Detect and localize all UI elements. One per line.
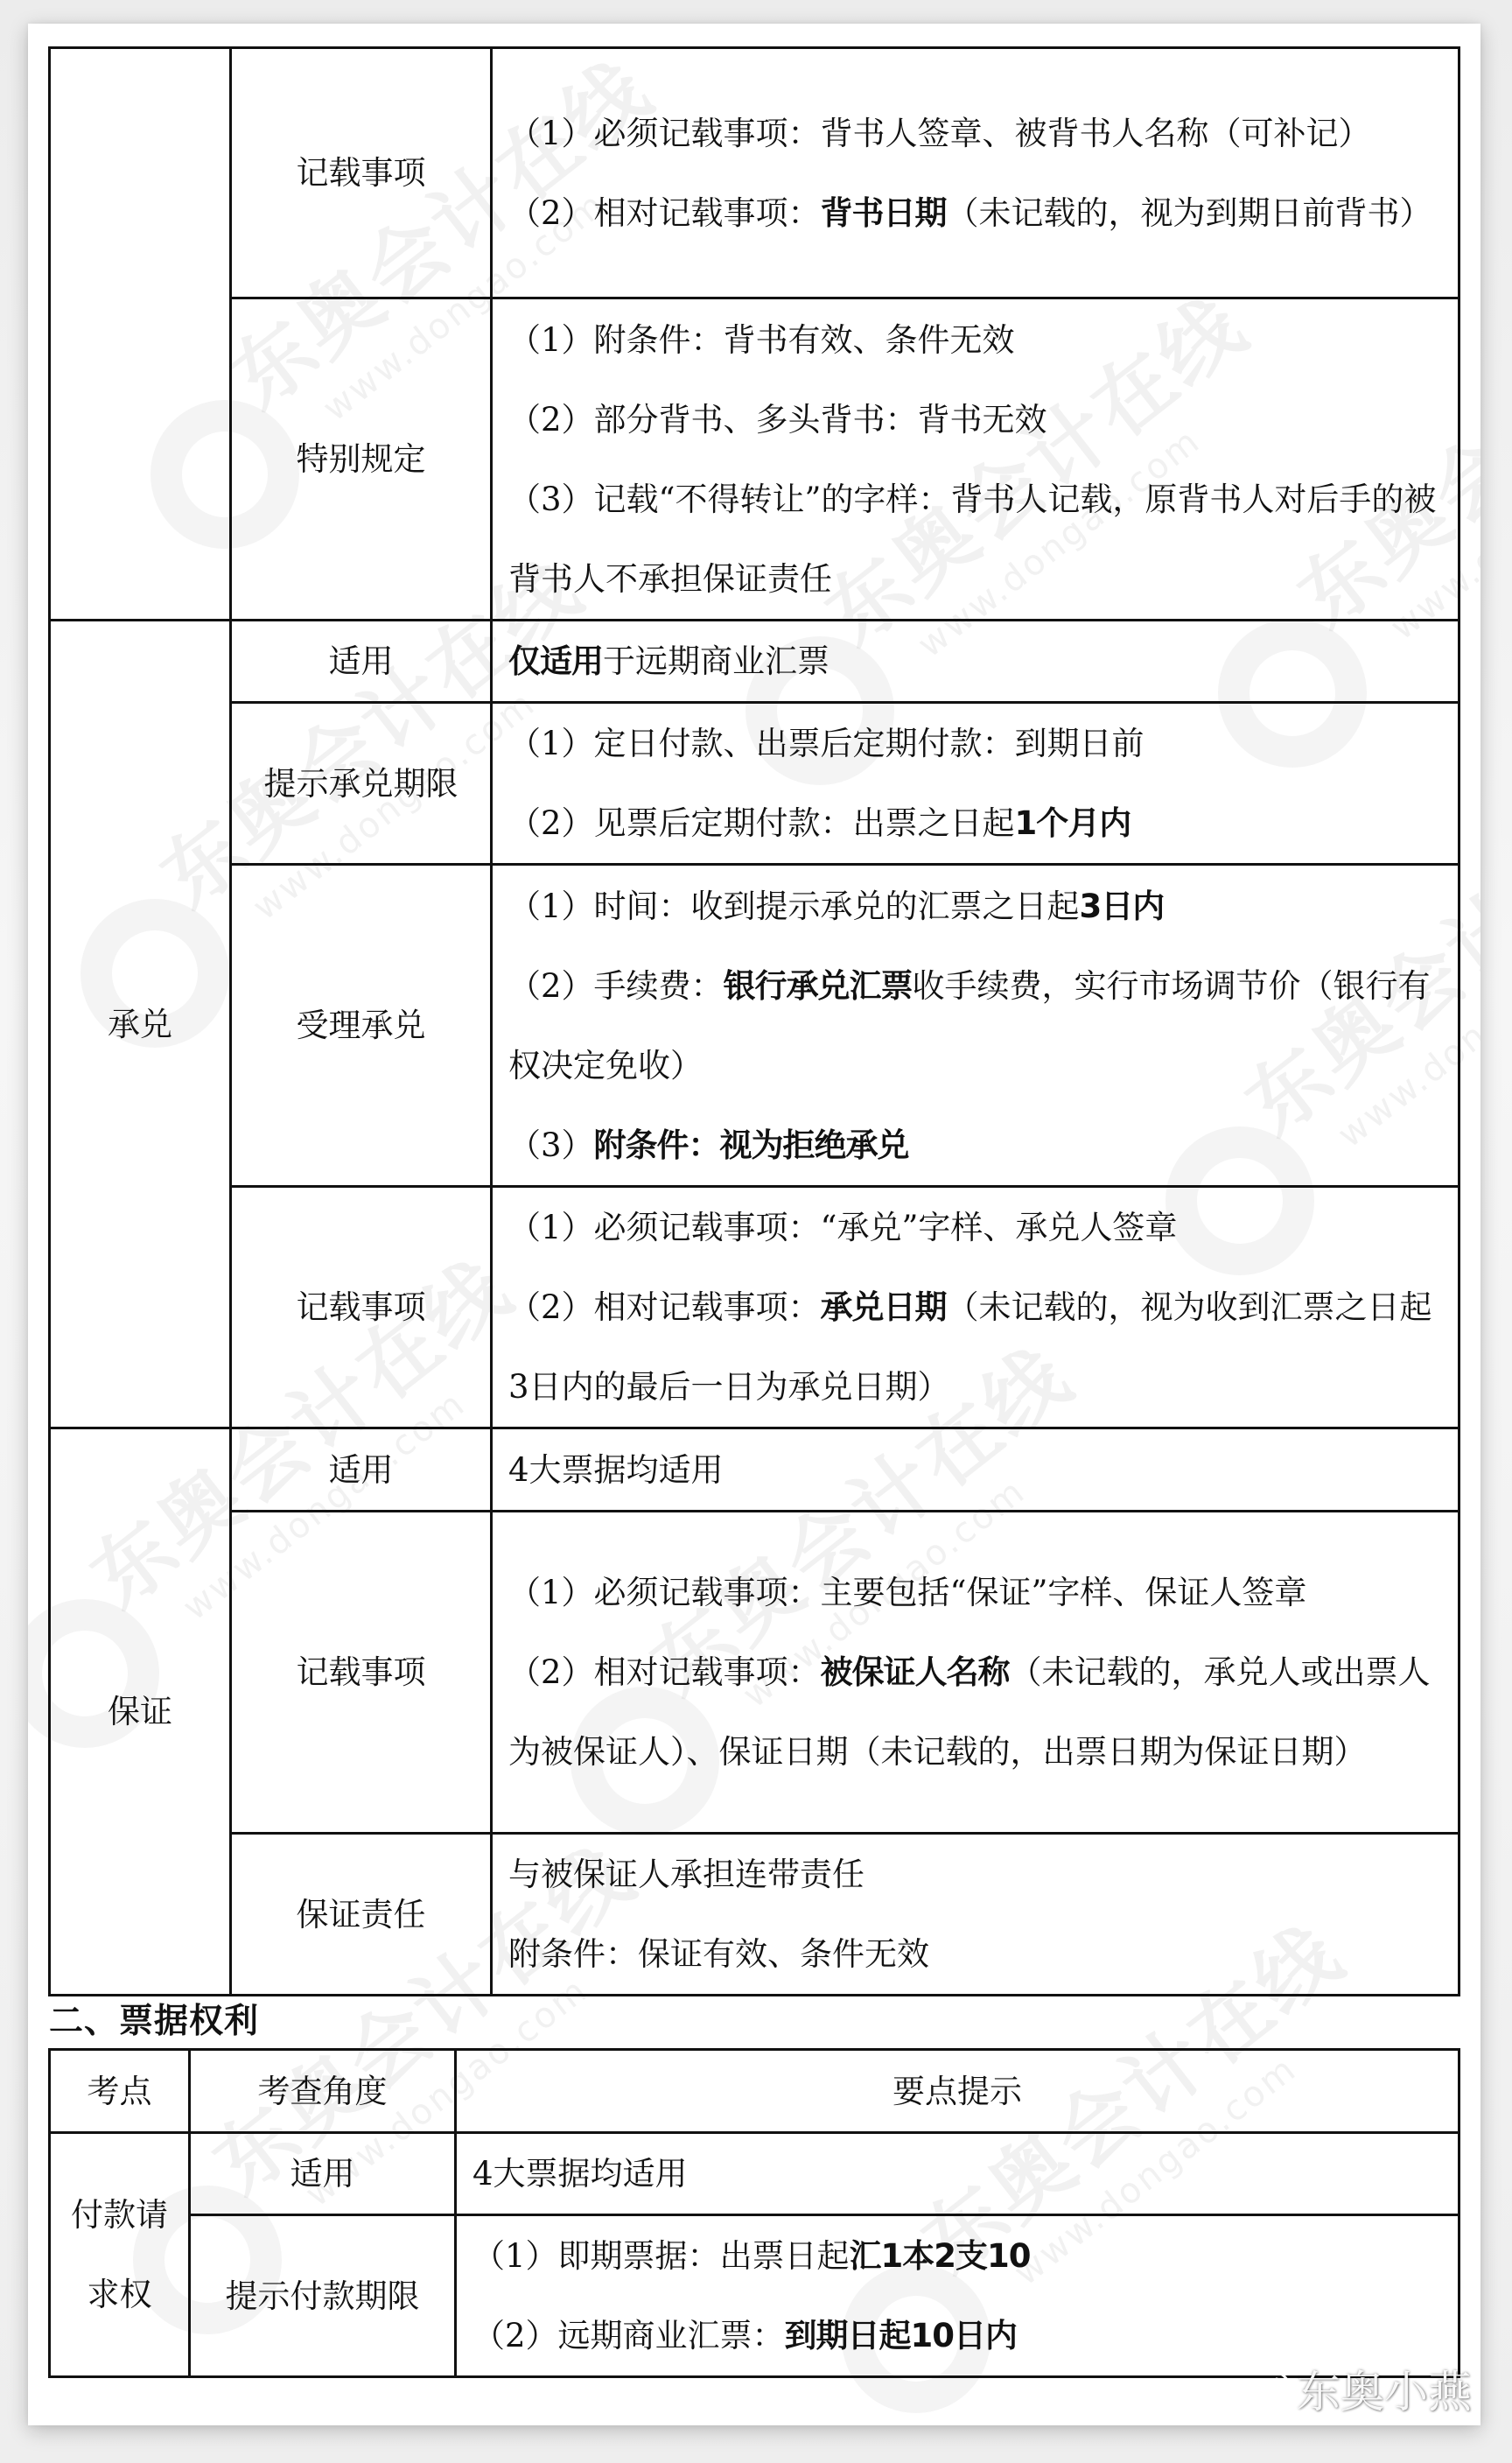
aspect-cell: 保证责任: [231, 1834, 492, 1996]
text-run: 4大票据均适用: [508, 1451, 724, 1489]
text-run: （1）即期票据：出票日起: [472, 2237, 850, 2275]
content-line: （1）时间：收到提示承兑的汇票之日起3日内: [508, 867, 1447, 946]
table-row: 承兑 适用 仅适用于远期商业汇票: [50, 621, 1459, 703]
header-key-points: 要点提示: [456, 2050, 1459, 2133]
text-run: 4大票据均适用: [472, 2155, 688, 2193]
table-row: 提示付款期限 （1）即期票据：出票日起汇1本2支10（2）远期商业汇票：到期日起…: [50, 2215, 1459, 2377]
text-run: （2）远期商业汇票：: [472, 2317, 785, 2354]
aspect-cell: 受理承兑: [231, 865, 492, 1187]
emphasis-text: 到期日起10日内: [785, 2317, 1018, 2354]
content-cell: （1）必须记载事项：背书人签章、被背书人名称（可补记）（2）相对记载事项：背书日…: [492, 48, 1459, 298]
content-line: 4大票据均适用: [472, 2134, 1447, 2214]
table-row: 记载事项 （1）必须记载事项：背书人签章、被背书人名称（可补记）（2）相对记载事…: [50, 48, 1459, 298]
text-run: （1）必须记载事项：背书人签章、被背书人名称（可补记）: [508, 115, 1371, 152]
table-row: 提示承兑期限 （1）定日付款、出票后定期付款：到期日前（2）见票后定期付款：出票…: [50, 703, 1459, 865]
aspect-cell: 记载事项: [231, 1512, 492, 1834]
content-line: 仅适用于远期商业汇票: [508, 621, 1447, 701]
content-cell: （1）附条件：背书有效、条件无效（2）部分背书、多头背书：背书无效（3）记载“不…: [492, 298, 1459, 621]
content-line: （1）必须记载事项：“承兑”字样、承兑人签章: [508, 1188, 1447, 1267]
content-cell: 4大票据均适用: [456, 2133, 1459, 2215]
content-line: （1）附条件：背书有效、条件无效: [508, 300, 1447, 380]
emphasis-text: 仅适用: [508, 642, 603, 680]
aspect-cell: 提示承兑期限: [231, 703, 492, 865]
text-run: 于远期商业汇票: [603, 642, 829, 680]
content-line: （1）定日付款、出票后定期付款：到期日前: [508, 704, 1447, 783]
aspect-cell: 适用: [190, 2133, 456, 2215]
aspect-cell: 适用: [231, 621, 492, 703]
text-run: （1）必须记载事项：“承兑”字样、承兑人签章: [508, 1209, 1177, 1246]
table-row: 特别规定 （1）附条件：背书有效、条件无效（2）部分背书、多头背书：背书无效（3…: [50, 298, 1459, 621]
table-header-row: 考点 考查角度 要点提示: [50, 2050, 1459, 2133]
weibo-watermark: 东奥小燕: [1242, 2357, 1472, 2420]
weibo-logo-icon: [1242, 2368, 1291, 2410]
content-line: （1）即期票据：出票日起汇1本2支10: [472, 2216, 1447, 2296]
aspect-cell: 提示付款期限: [190, 2215, 456, 2377]
document-page: 东奥会计在线www.dongao.com 东奥会计在线www.dongao.co…: [28, 24, 1480, 2425]
content-line: （2）手续费：银行承兑汇票收手续费，实行市场调节价（银行有权决定免收）: [508, 946, 1447, 1105]
text-run: 与被保证人承担连带责任: [508, 1856, 864, 1893]
content-cell: （1）定日付款、出票后定期付款：到期日前（2）见票后定期付款：出票之日起1个月内: [492, 703, 1459, 865]
content-line: （2）见票后定期付款：出票之日起1个月内: [508, 783, 1447, 863]
content-line: 4大票据均适用: [508, 1430, 1447, 1510]
table-row: 保证责任 与被保证人承担连带责任附条件：保证有效、条件无效: [50, 1834, 1459, 1996]
group-cell-endorsement: [50, 48, 231, 621]
content-cell: 4大票据均适用: [492, 1428, 1459, 1512]
content-cell: （1）即期票据：出票日起汇1本2支10（2）远期商业汇票：到期日起10日内: [456, 2215, 1459, 2377]
text-run: 附条件：保证有效、条件无效: [508, 1935, 929, 1973]
text-run: （1）必须记载事项：主要包括“保证”字样、保证人签章: [508, 1574, 1306, 1611]
aspect-cell: 记载事项: [231, 1187, 492, 1428]
text-run: （3）: [508, 1126, 594, 1164]
content-line: （2）相对记载事项：被保证人名称（未记载的，承兑人或出票人为被保证人）、保证日期…: [508, 1632, 1447, 1792]
content-line: （1）必须记载事项：背书人签章、被背书人名称（可补记）: [508, 94, 1447, 173]
emphasis-text: 承兑日期: [821, 1288, 947, 1326]
text-run: （1）定日付款、出票后定期付款：到期日前: [508, 725, 1144, 762]
group-cell-guarantee: 保证: [50, 1428, 231, 1996]
content-cell: 与被保证人承担连带责任附条件：保证有效、条件无效: [492, 1834, 1459, 1996]
content-cell: （1）必须记载事项：“承兑”字样、承兑人签章（2）相对记载事项：承兑日期（未记载…: [492, 1187, 1459, 1428]
text-run: （未记载的，视为到期日前背书）: [947, 194, 1432, 232]
emphasis-text: 1个月内: [1015, 804, 1131, 842]
text-run: （2）部分背书、多头背书：背书无效: [508, 401, 1047, 439]
emphasis-text: 被保证人名称: [821, 1653, 1010, 1691]
content-line: （1）必须记载事项：主要包括“保证”字样、保证人签章: [508, 1553, 1447, 1632]
emphasis-text: 银行承兑汇票: [724, 967, 913, 1005]
bill-rules-table: 记载事项 （1）必须记载事项：背书人签章、被背书人名称（可补记）（2）相对记载事…: [48, 46, 1460, 1996]
header-exam-angle: 考查角度: [190, 2050, 456, 2133]
table-row: 记载事项 （1）必须记载事项：“承兑”字样、承兑人签章（2）相对记载事项：承兑日…: [50, 1187, 1459, 1428]
text-run: （2）手续费：: [508, 967, 724, 1005]
emphasis-text: 背书日期: [821, 194, 947, 232]
content-cell: 仅适用于远期商业汇票: [492, 621, 1459, 703]
emphasis-text: 3日内: [1080, 888, 1165, 925]
content-cell: （1）时间：收到提示承兑的汇票之日起3日内（2）手续费：银行承兑汇票收手续费，实…: [492, 865, 1459, 1187]
weibo-handle: 东奥小燕: [1297, 2357, 1472, 2420]
aspect-cell: 记载事项: [231, 48, 492, 298]
content-cell: （1）必须记载事项：主要包括“保证”字样、保证人签章（2）相对记载事项：被保证人…: [492, 1512, 1459, 1834]
text-run: （1）时间：收到提示承兑的汇票之日起: [508, 888, 1080, 925]
aspect-cell: 特别规定: [231, 298, 492, 621]
text-run: （2）相对记载事项：: [508, 1653, 821, 1691]
content-line: （3）附条件：视为拒绝承兑: [508, 1105, 1447, 1185]
content-line: （2）相对记载事项：背书日期（未记载的，视为到期日前背书）: [508, 173, 1447, 253]
content-line: （2）部分背书、多头背书：背书无效: [508, 380, 1447, 460]
emphasis-text: 汇1本2支10: [850, 2237, 1031, 2275]
content-line: （3）记载“不得转让”的字样：背书人记载，原背书人对后手的被背书人不承担保证责任: [508, 460, 1447, 619]
table-row: 付款请求权 适用 4大票据均适用: [50, 2133, 1459, 2215]
content-line: 与被保证人承担连带责任: [508, 1835, 1447, 1914]
text-run: （2）相对记载事项：: [508, 194, 821, 232]
aspect-cell: 适用: [231, 1428, 492, 1512]
table-row: 记载事项 （1）必须记载事项：主要包括“保证”字样、保证人签章（2）相对记载事项…: [50, 1512, 1459, 1834]
content-line: 附条件：保证有效、条件无效: [508, 1914, 1447, 1994]
bill-rights-table: 考点 考查角度 要点提示 付款请求权 适用 4大票据均适用 提示付款期限 （1）…: [48, 2048, 1460, 2378]
text-run: （2）相对记载事项：: [508, 1288, 821, 1326]
content-line: （2）相对记载事项：承兑日期（未记载的，视为收到汇票之日起3日内的最后一日为承兑…: [508, 1267, 1447, 1427]
header-exam-point: 考点: [50, 2050, 190, 2133]
group-cell-acceptance: 承兑: [50, 621, 231, 1428]
group-cell-payment-claim: 付款请求权: [50, 2133, 190, 2377]
text-run: （2）见票后定期付款：出票之日起: [508, 804, 1015, 842]
emphasis-text: 附条件：视为拒绝承兑: [594, 1126, 909, 1164]
text-run: （3）记载“不得转让”的字样：背书人记载，原背书人对后手的被背书人不承担保证责任: [508, 481, 1436, 598]
text-run: （1）附条件：背书有效、条件无效: [508, 321, 1015, 359]
table-row: 保证 适用 4大票据均适用: [50, 1428, 1459, 1512]
table-row: 受理承兑 （1）时间：收到提示承兑的汇票之日起3日内（2）手续费：银行承兑汇票收…: [50, 865, 1459, 1187]
section-heading-bill-rights: 二、票据权利: [49, 1994, 259, 2043]
